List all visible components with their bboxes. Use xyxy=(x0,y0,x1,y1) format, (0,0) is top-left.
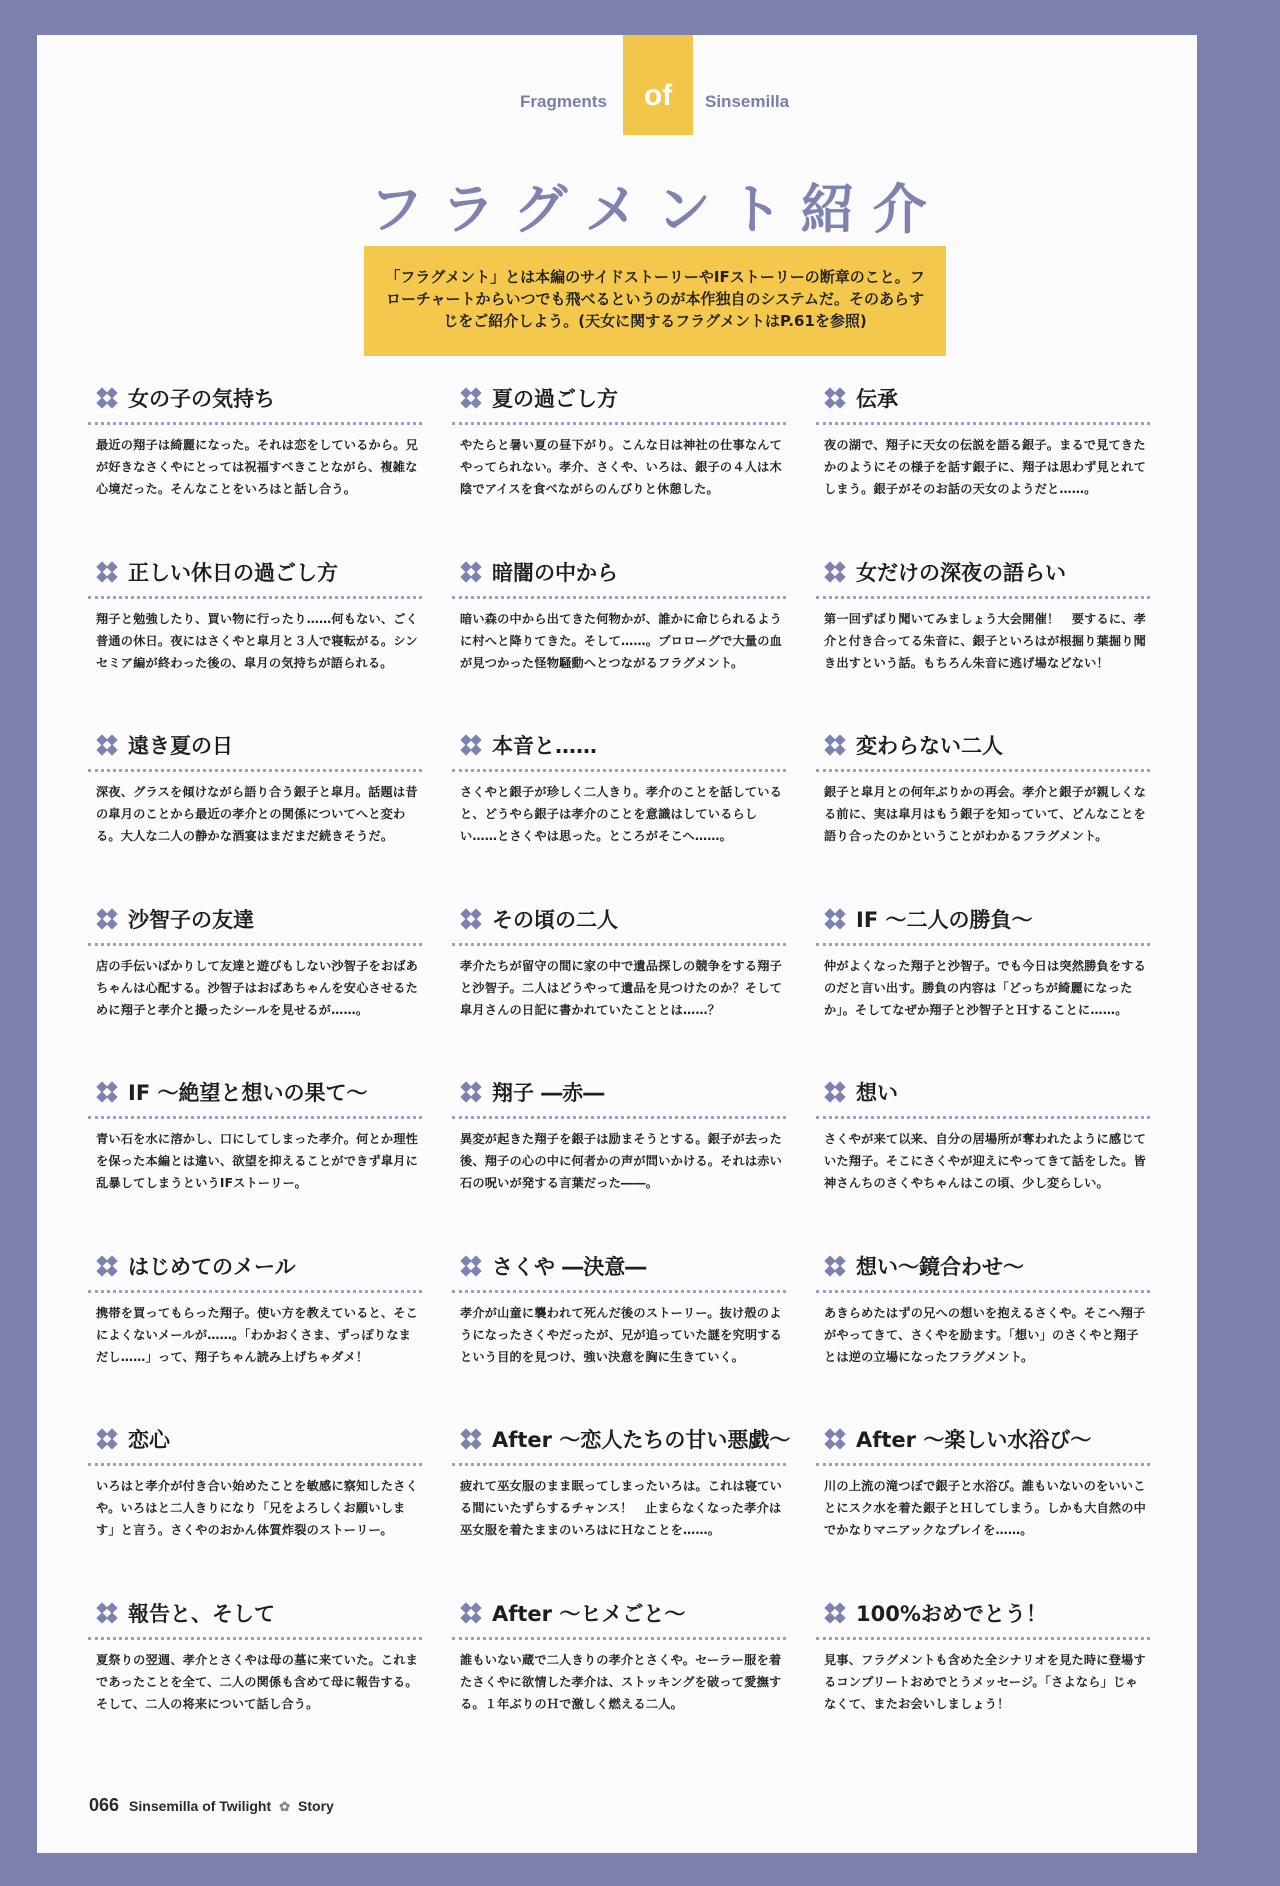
fragment-header: After ～楽しい水浴び～ xyxy=(816,1424,1150,1454)
diamond-cluster-icon xyxy=(824,387,846,409)
fragment-title: 恋心 xyxy=(128,1424,170,1454)
dotted-divider xyxy=(88,422,422,425)
fragment-summary: 孝介が山童に襲われて死んだ後のストーリー。抜け殻のようになったさくやだったが、兄… xyxy=(452,1302,786,1368)
fragment-title: After ～楽しい水浴び～ xyxy=(856,1424,1091,1454)
dotted-divider xyxy=(452,1290,786,1293)
dotted-divider xyxy=(816,422,1150,425)
diamond-cluster-icon xyxy=(460,1602,482,1624)
fragment-card: 本音と……さくやと銀子が珍しく二人きり。孝介のことを話していると、どうやら銀子は… xyxy=(452,730,786,904)
fragment-title: IF ～二人の勝負～ xyxy=(856,904,1032,934)
fragment-card: さくや ―決意―孝介が山童に襲われて死んだ後のストーリー。抜け殻のようになったさ… xyxy=(452,1251,786,1425)
fragment-summary: 疲れて巫女服のまま眠ってしまったいろは。これは寝ている間にいたずらするチャンス！… xyxy=(452,1475,786,1541)
diamond-cluster-icon xyxy=(460,734,482,756)
dotted-divider xyxy=(452,596,786,599)
diamond-cluster-icon xyxy=(824,1602,846,1624)
header-sinsemilla: Sinsemilla xyxy=(705,92,789,112)
diamond-cluster-icon xyxy=(460,908,482,930)
dotted-divider xyxy=(88,943,422,946)
fragment-summary: 深夜、グラスを傾けながら語り合う銀子と皐月。話題は昔の皐月のことから最近の孝介と… xyxy=(88,781,422,847)
diamond-cluster-icon xyxy=(460,387,482,409)
fragment-card: 遠き夏の日深夜、グラスを傾けながら語り合う銀子と皐月。話題は昔の皐月のことから最… xyxy=(88,730,422,904)
diamond-cluster-icon xyxy=(824,1081,846,1103)
fragment-header: IF ～絶望と想いの果て～ xyxy=(88,1077,422,1107)
dotted-divider xyxy=(452,1637,786,1640)
dotted-divider xyxy=(816,943,1150,946)
fragment-summary: 夜の湖で、翔子に天女の伝説を語る銀子。まるで見てきたかのようにその様子を話す銀子… xyxy=(816,434,1150,500)
fragment-summary: さくやが来て以来、自分の居場所が奪われたように感じていた翔子。そこにさくやが迎え… xyxy=(816,1128,1150,1194)
dotted-divider xyxy=(816,1463,1150,1466)
fragment-card: After ～ヒメごと～誰もいない蔵で二人きりの孝介とさくや。セーラー服を着たさ… xyxy=(452,1598,786,1772)
diamond-cluster-icon xyxy=(96,387,118,409)
fragment-header: 遠き夏の日 xyxy=(88,730,422,760)
fragment-title: After ～恋人たちの甘い悪戯～ xyxy=(492,1424,790,1454)
fragment-header: その頃の二人 xyxy=(452,904,786,934)
diamond-cluster-icon xyxy=(96,908,118,930)
fragment-card: 恋心いろはと孝介が付き合い始めたことを敏感に察知したさくや。いろはと二人きりにな… xyxy=(88,1424,422,1598)
fragment-header: 想い xyxy=(816,1077,1150,1107)
fragment-header: はじめてのメール xyxy=(88,1251,422,1281)
fragment-card: 100%おめでとう！見事、フラグメントも含めた全シナリオを見た時に登場するコンプ… xyxy=(816,1598,1150,1772)
fragment-card: 翔子 ―赤―異変が起きた翔子を銀子は励まそうとする。銀子が去った後、翔子の心の中… xyxy=(452,1077,786,1251)
fragment-card: After ～楽しい水浴び～川の上流の滝つぼで銀子と水浴び。誰もいないのをいいこ… xyxy=(816,1424,1150,1598)
dotted-divider xyxy=(88,596,422,599)
fragment-title: After ～ヒメごと～ xyxy=(492,1598,685,1628)
fragment-summary: 夏祭りの翌週、孝介とさくやは母の墓に来ていた。これまであったことを全て、二人の関… xyxy=(88,1649,422,1715)
fragment-summary: 最近の翔子は綺麗になった。それは恋をしているから。兄が好きなさくやにとっては祝福… xyxy=(88,434,422,500)
page-number: 066 xyxy=(89,1795,119,1816)
fragment-title: 報告と、そして xyxy=(128,1598,275,1628)
fragment-summary: 暗い森の中から出てきた何物かが、誰かに命じられるように村へと降りてきた。そして…… xyxy=(452,608,786,674)
dotted-divider xyxy=(452,943,786,946)
fragment-header: 沙智子の友達 xyxy=(88,904,422,934)
fragment-title: 正しい休日の過ごし方 xyxy=(128,557,338,587)
fragment-header: After ～ヒメごと～ xyxy=(452,1598,786,1628)
fragment-title: 100%おめでとう！ xyxy=(856,1598,1047,1628)
fragment-header: 変わらない二人 xyxy=(816,730,1150,760)
fragment-title: 暗闇の中から xyxy=(492,557,618,587)
fragment-title: さくや ―決意― xyxy=(492,1251,646,1281)
fragment-summary: 異変が起きた翔子を銀子は励まそうとする。銀子が去った後、翔子の心の中に何者かの声… xyxy=(452,1128,786,1194)
section-name: Story xyxy=(298,1798,334,1814)
fragment-header: 伝承 xyxy=(816,383,1150,413)
dotted-divider xyxy=(452,422,786,425)
fragment-card: 想いさくやが来て以来、自分の居場所が奪われたように感じていた翔子。そこにさくやが… xyxy=(816,1077,1150,1251)
fragment-title: その頃の二人 xyxy=(492,904,618,934)
diamond-cluster-icon xyxy=(96,734,118,756)
fragment-title: 女の子の気持ち xyxy=(128,383,275,413)
dotted-divider xyxy=(816,596,1150,599)
fragment-header: 恋心 xyxy=(88,1424,422,1454)
fragment-summary: あきらめたはずの兄への想いを抱えるさくや。そこへ翔子がやってきて、さくやを励ます… xyxy=(816,1302,1150,1368)
fragment-card: 女の子の気持ち最近の翔子は綺麗になった。それは恋をしているから。兄が好きなさくや… xyxy=(88,383,422,557)
page-title: フラグメント紹介 xyxy=(357,167,957,244)
dotted-divider xyxy=(88,1116,422,1119)
diamond-cluster-icon xyxy=(460,561,482,583)
fragment-header: さくや ―決意― xyxy=(452,1251,786,1281)
fragment-summary: 第一回ずばり聞いてみましょう大会開催！ 要するに、孝介と付き合ってる朱音に、銀子… xyxy=(816,608,1150,674)
fragment-summary: 川の上流の滝つぼで銀子と水浴び。誰もいないのをいいことにスク水を着た銀子とＨして… xyxy=(816,1475,1150,1541)
diamond-cluster-icon xyxy=(460,1081,482,1103)
fragment-grid: 女の子の気持ち最近の翔子は綺麗になった。それは恋をしているから。兄が好きなさくや… xyxy=(88,383,1148,1771)
fragment-summary: 孝介たちが留守の間に家の中で遺品探しの競争をする翔子と沙智子。二人はどうやって遺… xyxy=(452,955,786,1021)
fragment-summary: 青い石を水に溶かし、口にしてしまった孝介。何とか理性を保った本編とは違い、欲望を… xyxy=(88,1128,422,1194)
fragment-header: After ～恋人たちの甘い悪戯～ xyxy=(452,1424,786,1454)
fragment-card: 夏の過ごし方やたらと暑い夏の昼下がり。こんな日は神社の仕事なんてやってられない。… xyxy=(452,383,786,557)
header-fragments: Fragments xyxy=(520,92,607,112)
fragment-title: 伝承 xyxy=(856,383,898,413)
dotted-divider xyxy=(452,1463,786,1466)
fragment-header: 女の子の気持ち xyxy=(88,383,422,413)
diamond-cluster-icon xyxy=(96,561,118,583)
diamond-cluster-icon xyxy=(460,1428,482,1450)
dotted-divider xyxy=(816,1116,1150,1119)
fragment-summary: 店の手伝いばかりして友達と遊びもしない沙智子をおばあちゃんは心配する。沙智子はお… xyxy=(88,955,422,1021)
fragment-header: 報告と、そして xyxy=(88,1598,422,1628)
fragment-card: 想い～鏡合わせ～あきらめたはずの兄への想いを抱えるさくや。そこへ翔子がやってきて… xyxy=(816,1251,1150,1425)
fragment-card: 暗闇の中から暗い森の中から出てきた何物かが、誰かに命じられるように村へと降りてき… xyxy=(452,557,786,731)
dotted-divider xyxy=(452,1116,786,1119)
fragment-summary: 仲がよくなった翔子と沙智子。でも今日は突然勝負をするのだと言い出す。勝負の内容は… xyxy=(816,955,1150,1021)
diamond-cluster-icon xyxy=(824,561,846,583)
fragment-card: 伝承夜の湖で、翔子に天女の伝説を語る銀子。まるで見てきたかのようにその様子を話す… xyxy=(816,383,1150,557)
dotted-divider xyxy=(816,769,1150,772)
fragment-summary: さくやと銀子が珍しく二人きり。孝介のことを話していると、どうやら銀子は孝介のこと… xyxy=(452,781,786,847)
header-of: of xyxy=(623,79,693,113)
fragment-header: 夏の過ごし方 xyxy=(452,383,786,413)
fragment-summary: いろはと孝介が付き合い始めたことを敏感に察知したさくや。いろはと二人きりになり「… xyxy=(88,1475,422,1541)
diamond-cluster-icon xyxy=(824,1255,846,1277)
fragment-card: 正しい休日の過ごし方翔子と勉強したり、買い物に行ったり……何もない、ごく普通の休… xyxy=(88,557,422,731)
diamond-cluster-icon xyxy=(96,1081,118,1103)
diamond-cluster-icon xyxy=(824,1428,846,1450)
flower-icon: ✿ xyxy=(279,1799,290,1815)
fragment-summary: 見事、フラグメントも含めた全シナリオを見た時に登場するコンプリートおめでとうメッ… xyxy=(816,1649,1150,1715)
fragment-card: 沙智子の友達店の手伝いばかりして友達と遊びもしない沙智子をおばあちゃんは心配する… xyxy=(88,904,422,1078)
fragment-title: 変わらない二人 xyxy=(856,730,1003,760)
intro-box: 「フラグメント」とは本編のサイドストーリーやIFストーリーの断章のこと。フローチ… xyxy=(364,246,946,356)
fragment-card: はじめてのメール携帯を買ってもらった翔子。使い方を教えていると、そこによくないメ… xyxy=(88,1251,422,1425)
diamond-cluster-icon xyxy=(460,1255,482,1277)
dotted-divider xyxy=(88,1463,422,1466)
diamond-cluster-icon xyxy=(824,908,846,930)
fragment-title: 想い～鏡合わせ～ xyxy=(856,1251,1024,1281)
fragment-header: 女だけの深夜の語らい xyxy=(816,557,1150,587)
dotted-divider xyxy=(88,769,422,772)
diamond-cluster-icon xyxy=(824,734,846,756)
fragment-summary: 銀子と皐月との何年ぶりかの再会。孝介と銀子が親しくなる前に、実は皐月はもう銀子を… xyxy=(816,781,1150,847)
fragment-header: 想い～鏡合わせ～ xyxy=(816,1251,1150,1281)
fragment-card: 報告と、そして夏祭りの翌週、孝介とさくやは母の墓に来ていた。これまであったことを… xyxy=(88,1598,422,1772)
fragment-title: 翔子 ―赤― xyxy=(492,1077,604,1107)
dotted-divider xyxy=(88,1637,422,1640)
fragment-title: 沙智子の友達 xyxy=(128,904,254,934)
fragment-header: IF ～二人の勝負～ xyxy=(816,904,1150,934)
fragment-title: 女だけの深夜の語らい xyxy=(856,557,1066,587)
fragment-summary: やたらと暑い夏の昼下がり。こんな日は神社の仕事なんてやってられない。孝介、さくや… xyxy=(452,434,786,500)
fragment-card: IF ～絶望と想いの果て～青い石を水に溶かし、口にしてしまった孝介。何とか理性を… xyxy=(88,1077,422,1251)
fragment-summary: 翔子と勉強したり、買い物に行ったり……何もない、ごく普通の休日。夜にはさくやと皐… xyxy=(88,608,422,674)
fragment-card: 変わらない二人銀子と皐月との何年ぶりかの再会。孝介と銀子が親しくなる前に、実は皐… xyxy=(816,730,1150,904)
fragment-title: 想い xyxy=(856,1077,898,1107)
book-title: Sinsemilla of Twilight xyxy=(129,1798,271,1814)
fragment-card: その頃の二人孝介たちが留守の間に家の中で遺品探しの競争をする翔子と沙智子。二人は… xyxy=(452,904,786,1078)
dotted-divider xyxy=(816,1637,1150,1640)
fragment-header: 本音と…… xyxy=(452,730,786,760)
diamond-cluster-icon xyxy=(96,1602,118,1624)
fragment-card: After ～恋人たちの甘い悪戯～疲れて巫女服のまま眠ってしまったいろは。これは… xyxy=(452,1424,786,1598)
footer: 066 Sinsemilla of Twilight ✿ Story xyxy=(89,1795,334,1816)
intro-text: 「フラグメント」とは本編のサイドストーリーやIFストーリーの断章のこと。フローチ… xyxy=(385,268,924,330)
fragment-title: IF ～絶望と想いの果て～ xyxy=(128,1077,367,1107)
fragment-header: 100%おめでとう！ xyxy=(816,1598,1150,1628)
fragment-header: 正しい休日の過ごし方 xyxy=(88,557,422,587)
dotted-divider xyxy=(88,1290,422,1293)
fragment-card: 女だけの深夜の語らい第一回ずばり聞いてみましょう大会開催！ 要するに、孝介と付き… xyxy=(816,557,1150,731)
dotted-divider xyxy=(452,769,786,772)
fragment-header: 暗闇の中から xyxy=(452,557,786,587)
fragment-summary: 携帯を買ってもらった翔子。使い方を教えていると、そこによくないメールが……。「わ… xyxy=(88,1302,422,1368)
fragment-title: 夏の過ごし方 xyxy=(492,383,618,413)
fragment-title: 本音と…… xyxy=(492,730,597,760)
diamond-cluster-icon xyxy=(96,1428,118,1450)
diamond-cluster-icon xyxy=(96,1255,118,1277)
fragment-title: はじめてのメール xyxy=(128,1251,296,1281)
fragment-header: 翔子 ―赤― xyxy=(452,1077,786,1107)
fragment-card: IF ～二人の勝負～仲がよくなった翔子と沙智子。でも今日は突然勝負をするのだと言… xyxy=(816,904,1150,1078)
fragment-title: 遠き夏の日 xyxy=(128,730,233,760)
dotted-divider xyxy=(816,1290,1150,1293)
fragment-summary: 誰もいない蔵で二人きりの孝介とさくや。セーラー服を着たさくやに欲情した孝介は、ス… xyxy=(452,1649,786,1715)
